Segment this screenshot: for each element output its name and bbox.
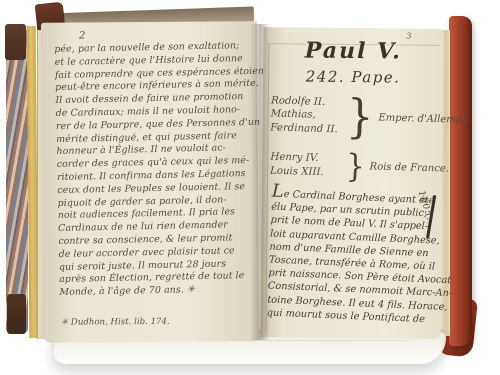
- emperors-names: Rodolfe II.Mathias,Ferdinand II.: [270, 94, 347, 137]
- footnote: ✳ Dudhon, Hist. lib. 174.: [61, 317, 170, 328]
- brace-icon: }: [346, 93, 374, 140]
- right-page: 3 Paul V. 242. Pape. Rodolfe II.Mathias,…: [260, 27, 443, 339]
- emperor-name: Ferdinand II.: [270, 121, 346, 137]
- kings-group: Henry IV.Louis XIII. } Rois de France.: [270, 150, 450, 184]
- leather-corner-top: [5, 24, 26, 60]
- leather-back-cover: [449, 16, 472, 346]
- pope-number-label: 242. Pape.: [273, 67, 433, 87]
- page-number-left: 2: [79, 30, 85, 41]
- kings-names: Henry IV.Louis XIII.: [270, 151, 347, 180]
- leather-corner-bottom: [7, 294, 26, 334]
- manuscript-line: Monde, à l'âge de 70 ans. ✳: [59, 283, 257, 300]
- emperors-group: Rodolfe II.Mathias,Ferdinand II. } Emper…: [270, 93, 472, 141]
- left-page: 2 pée, par la nouvelle de son exaltation…: [41, 21, 259, 343]
- emperors-label: Emper. d'Allemag.: [378, 112, 471, 126]
- king-name: Henry IV.: [270, 151, 346, 167]
- pope-title: Paul V.: [273, 37, 433, 65]
- kings-label: Rois de France.: [369, 161, 449, 174]
- left-page-text: pée, par la nouvelle de son exaltation;e…: [54, 40, 257, 300]
- king-name: Louis XIII.: [270, 164, 346, 180]
- marbled-cover-edge: [6, 30, 28, 332]
- brace-icon: }: [346, 150, 365, 182]
- right-page-text: Le Cardinal Borghese ayant étéélu Pape, …: [266, 185, 440, 327]
- book-photograph: 2 pée, par la nouvelle de son exaltation…: [0, 0, 500, 375]
